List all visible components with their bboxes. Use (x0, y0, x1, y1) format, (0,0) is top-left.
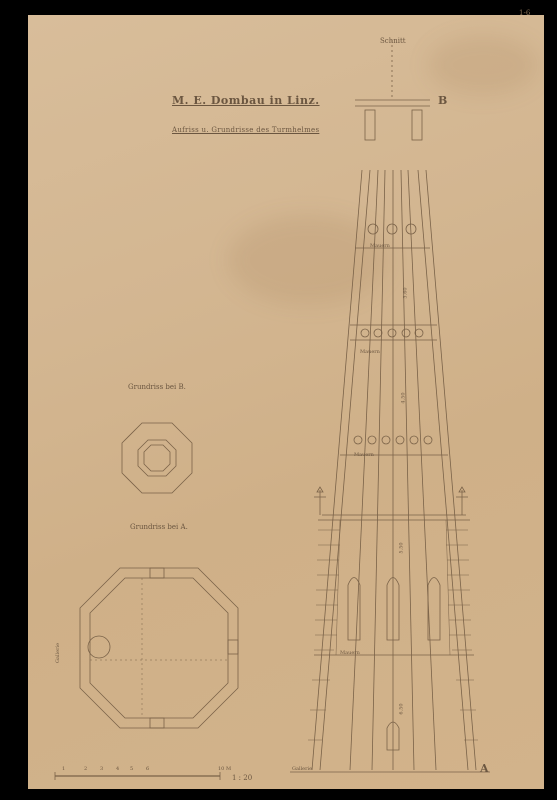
scale-tick: 2 (84, 766, 87, 772)
section-label-top: Schnitt (380, 37, 406, 45)
spire-outline (312, 170, 476, 770)
plan-b-octagon (122, 423, 192, 493)
section-mark-b: B (438, 94, 448, 107)
plan-a-label: Grundriss bei A. (130, 523, 188, 531)
scale-tick: 3 (100, 766, 103, 772)
elevation-label: Mauern (370, 243, 390, 249)
dimension-note: 4.50 (401, 392, 407, 403)
elevation-label: Mauern (354, 452, 374, 458)
scale-end-label: 10 M (218, 766, 231, 772)
scale-tick: 1 (62, 766, 65, 772)
elevation-base-label: Gallerie (292, 766, 312, 772)
scale-tick: 4 (116, 766, 119, 772)
elevation-label: Mauern (360, 349, 380, 355)
scale-bar (55, 772, 220, 780)
document-subtitle: Aufriss u. Grundrisse des Turmhelmes (172, 126, 319, 134)
architectural-drawing (0, 0, 557, 800)
dimension-note: 3.60 (403, 287, 409, 298)
spire-cap (355, 40, 430, 140)
dimension-note: 5.50 (399, 542, 405, 553)
dimension-note: 6.50 (399, 703, 405, 714)
document-title: M. E. Dombau in Linz. (172, 94, 320, 107)
elevation-label: Mauern (340, 650, 360, 656)
section-mark-a: A (480, 762, 489, 775)
lancet-windows (348, 578, 440, 751)
sheet-number: 1-6 (519, 9, 530, 17)
scale-tick: 5 (130, 766, 133, 772)
scale-ratio: 1 : 20 (232, 774, 252, 782)
scale-tick: 6 (146, 766, 149, 772)
plan-a-side-label: Gallerie (55, 643, 61, 663)
plan-b-label: Grundriss bei B. (128, 383, 186, 391)
plan-a-octagon (80, 568, 238, 728)
